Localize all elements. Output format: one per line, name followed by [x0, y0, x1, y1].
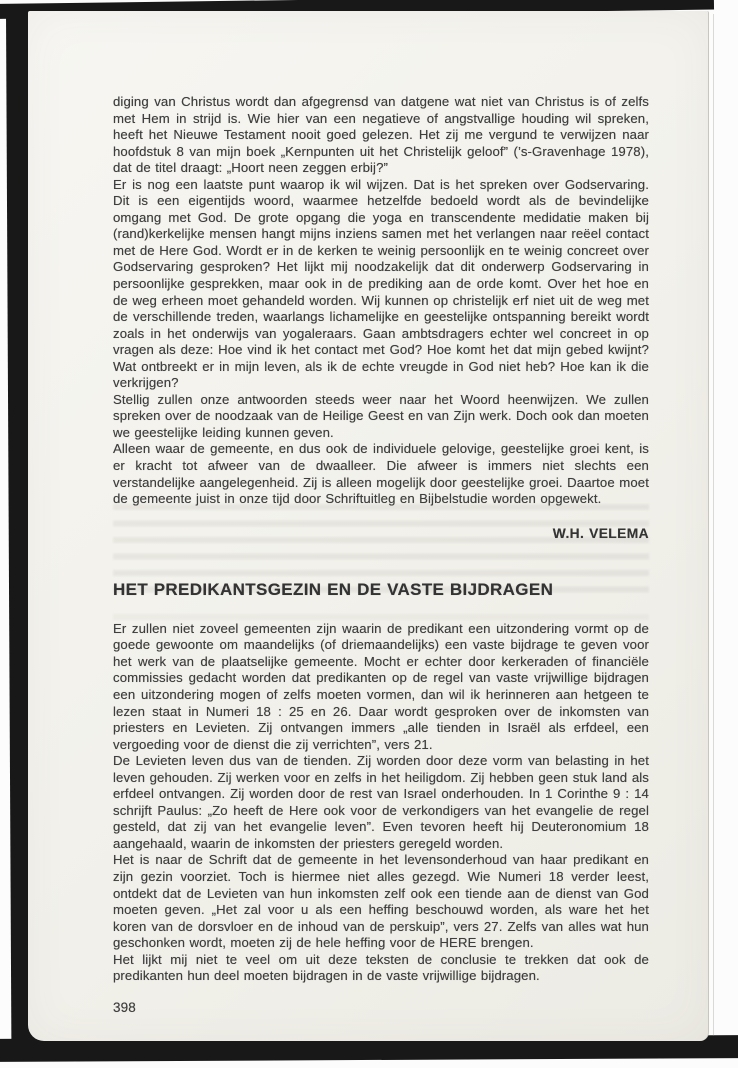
- book-page: diging van Christus wordt dan afgegrensd…: [28, 11, 709, 1041]
- page-text-column: diging van Christus wordt dan afgegrensd…: [113, 94, 649, 1016]
- paragraph: Het is naar de Schrift dat de gemeente i…: [113, 852, 649, 951]
- paragraph: Het lijkt mij niet te veel om uit deze t…: [113, 952, 649, 985]
- paragraph: De Levieten leven dus van de tienden. Zi…: [113, 753, 649, 852]
- paragraph: Er zullen niet zoveel gemeenten zijn waa…: [113, 621, 649, 753]
- scanned-book-page-photo: diging van Christus wordt dan afgegrensd…: [0, 0, 738, 1068]
- page-number: 398: [113, 1000, 649, 1017]
- paragraph: Er is nog een laatste punt waarop ik wil…: [113, 177, 649, 392]
- paragraph: Stellig zullen onze antwoorden steeds we…: [113, 392, 649, 442]
- paragraph: diging van Christus wordt dan afgegrensd…: [113, 94, 649, 177]
- author-signature: W.H. VELEMA: [113, 526, 649, 543]
- section-heading: HET PREDIKANTSGEZIN EN DE VASTE BIJDRAGE…: [113, 582, 649, 599]
- article-continuation: diging van Christus wordt dan afgegrensd…: [113, 94, 649, 542]
- article-vaste-bijdragen: Er zullen niet zoveel gemeenten zijn waa…: [113, 621, 649, 985]
- paragraph: Alleen waar de gemeente, en dus ook de i…: [113, 441, 649, 507]
- page-stack-edge: [713, 14, 714, 1036]
